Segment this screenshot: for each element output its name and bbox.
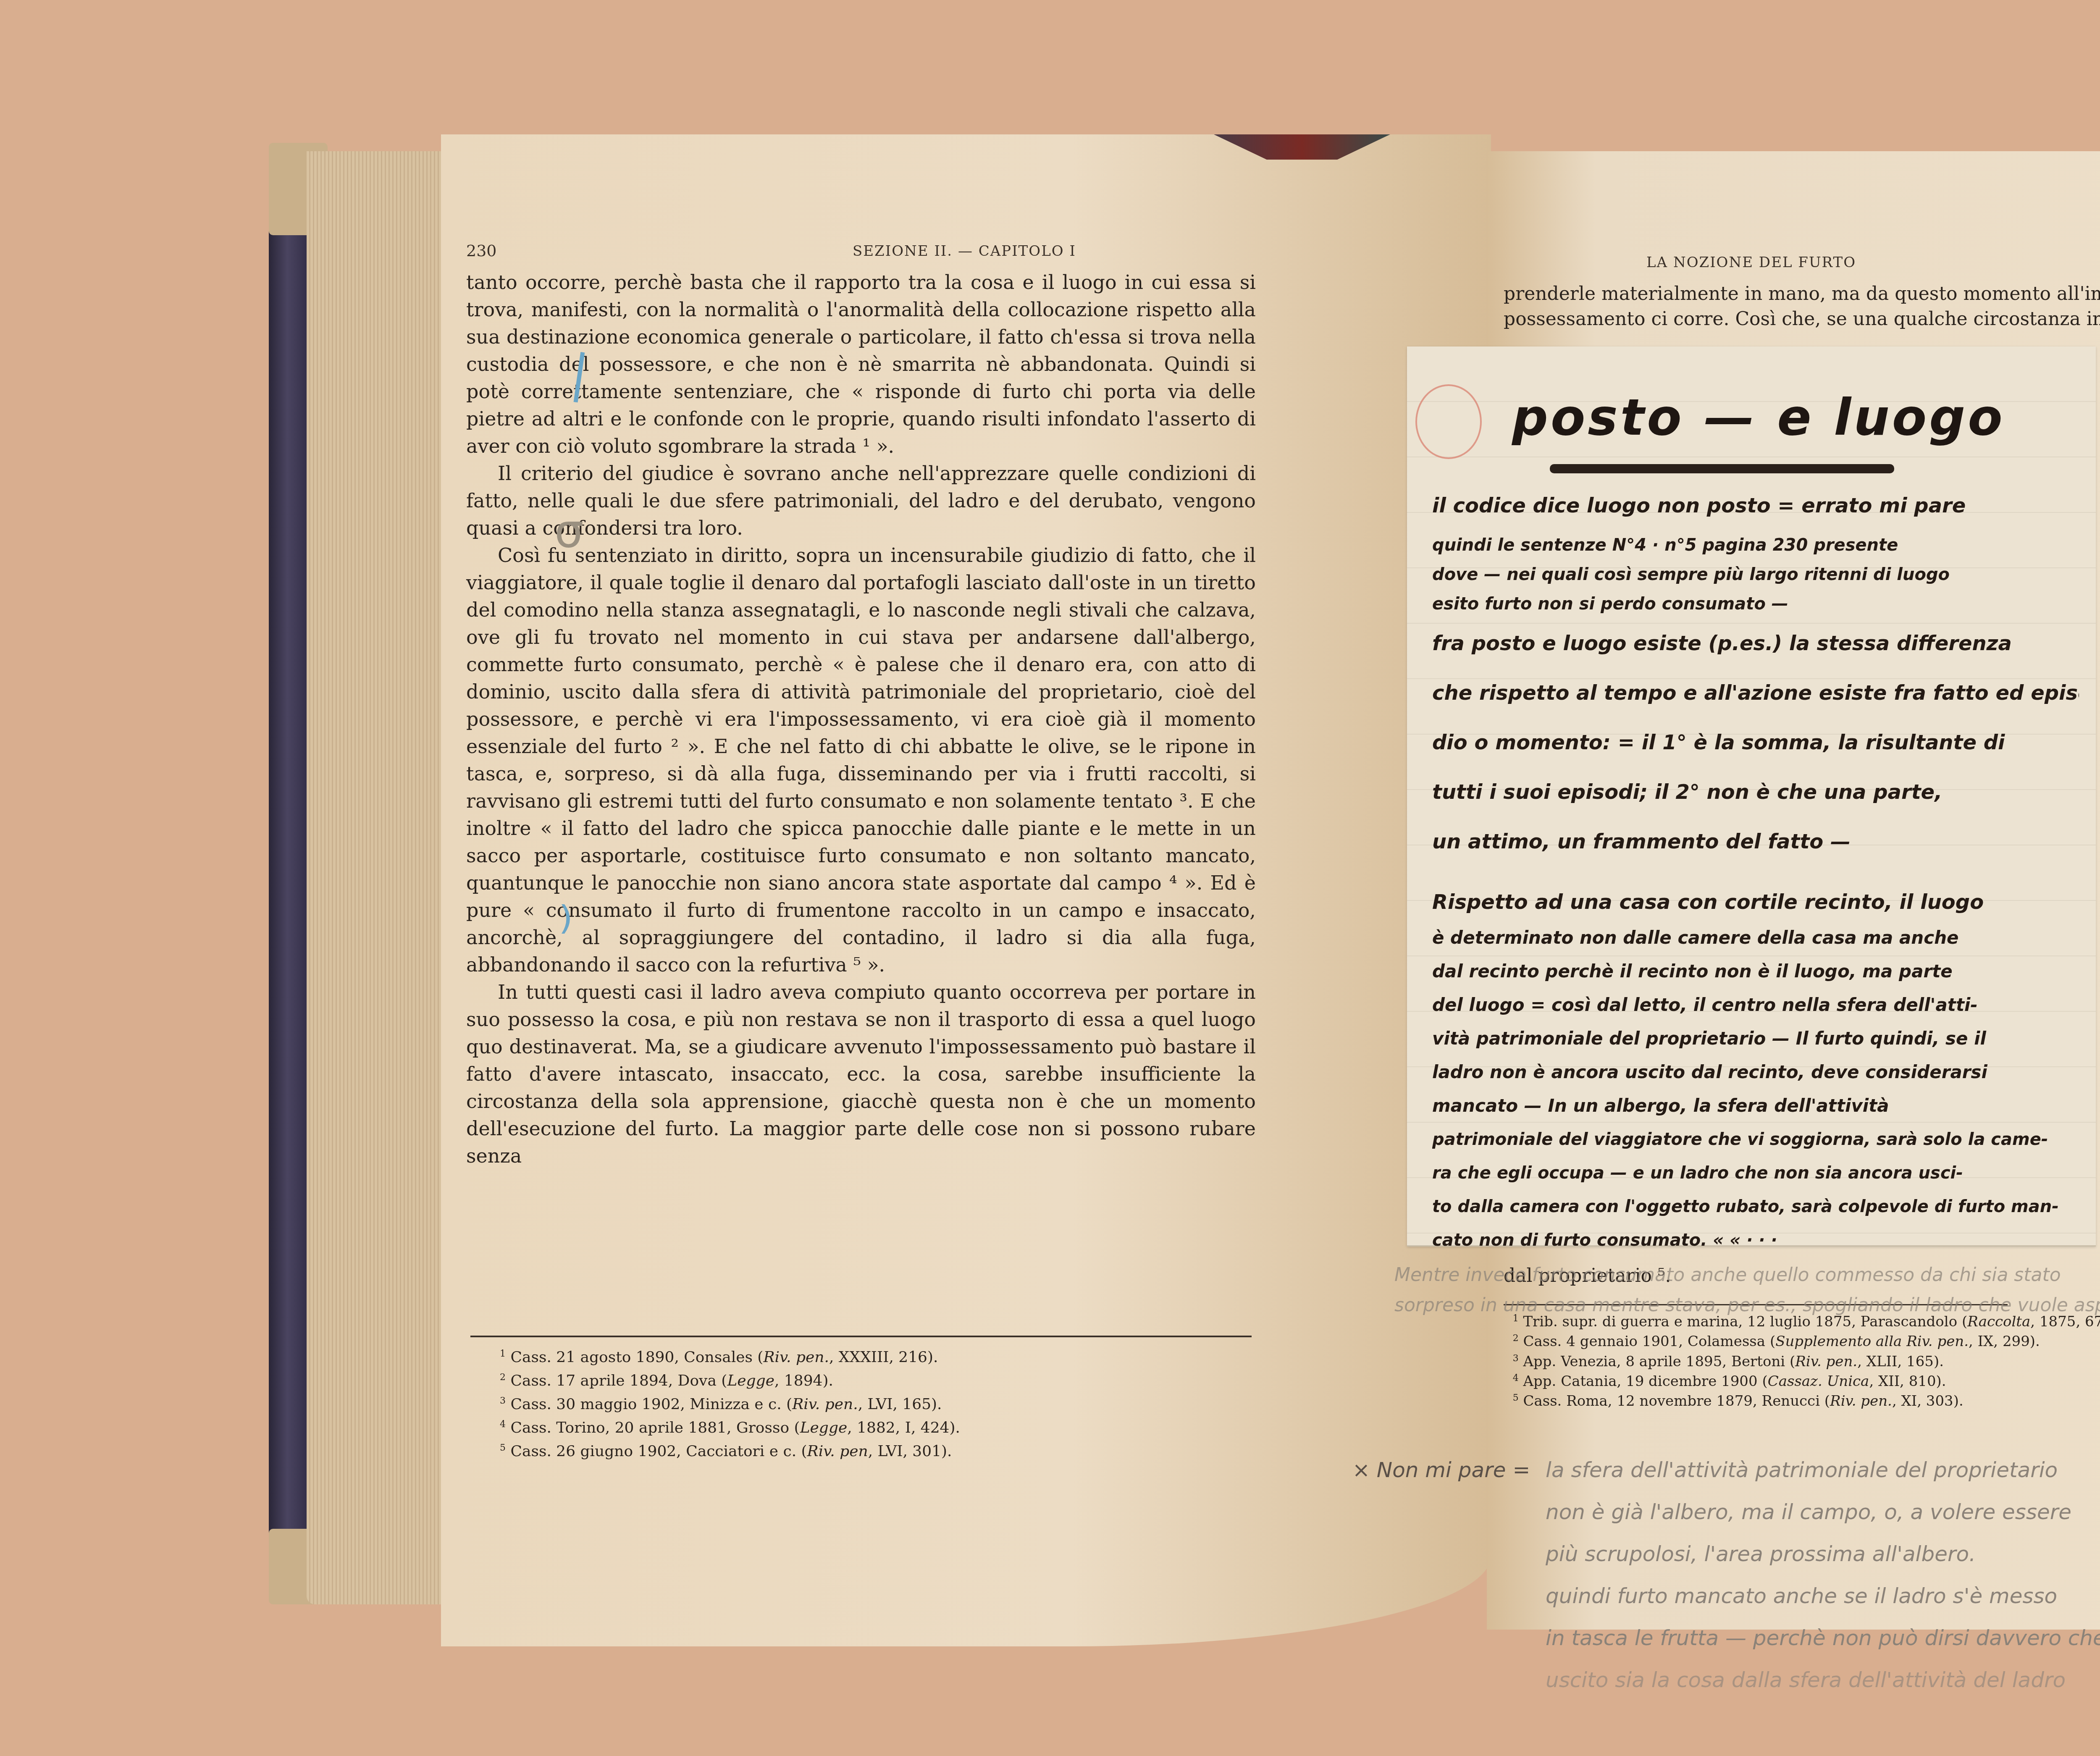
red-stamp-icon (1415, 384, 1482, 459)
manuscript-text: il codice dice luogo non posto = errato … (1432, 481, 2079, 1257)
manuscript-line: cato non di furto consumato. « « · · · (1432, 1223, 2079, 1257)
running-head: LA NOZIONE DEL FURTO (1646, 254, 1856, 271)
pencil-note-text: la sfera dell'attività patrimoniale del … (1546, 1449, 2100, 1701)
text-line: possessamento ci corre. Così che, se una… (1504, 307, 2100, 332)
pencil-line: quindi furto mancato anche se il ladro s… (1546, 1575, 2100, 1617)
pencil-line: in tasca le frutta — perchè non può dirs… (1546, 1617, 2100, 1659)
manuscript-line: il codice dice luogo non posto = errato … (1432, 481, 2079, 530)
footnote: 5 Cass. 26 giugno 1902, Cacciatori e c. … (500, 1438, 960, 1462)
running-head: SEZIONE II. — CAPITOLO I (853, 243, 1076, 260)
manuscript-line: fra posto e luogo esiste (p.es.) la stes… (1432, 619, 2079, 668)
footnote: 1 Cass. 21 agosto 1890, Consales (Riv. p… (500, 1344, 960, 1368)
manuscript-line: che rispetto al tempo e all'azione esist… (1432, 668, 2079, 718)
manuscript-line: to dalla camera con l'oggetto rubato, sa… (1432, 1190, 2079, 1223)
footnotes: 1 Cass. 21 agosto 1890, Consales (Riv. p… (500, 1344, 960, 1462)
footnote: 2 Cass. 4 gennaio 1901, Colamessa (Suppl… (1504, 1330, 2100, 1350)
footnotes: 1 Trib. supr. di guerra e marina, 12 lug… (1504, 1310, 2100, 1410)
pencil-line: più scrupolosi, l'area prossima all'albe… (1546, 1533, 2100, 1575)
manuscript-insert: posto — e luogo il codice dice luogo non… (1407, 346, 2096, 1247)
pencil-sigma-mark-icon: σ (554, 504, 584, 558)
manuscript-line: dio o momento: = il 1° è la somma, la ri… (1432, 718, 2079, 767)
manuscript-line: un attimo, un frammento del fatto — (1432, 817, 2079, 866)
manuscript-line: dal recinto perchè il recinto non è il l… (1432, 955, 2079, 988)
title-underline (1550, 464, 1894, 473)
blue-pencil-bracket-icon: ⁾ (559, 895, 573, 963)
body-text: tanto occorre, perchè basta che il rappo… (466, 269, 1256, 1170)
manuscript-line: esito furto non si perdo consumato — (1432, 589, 2079, 619)
body-text: prenderle materialmente in mano, ma da q… (1504, 281, 2100, 332)
manuscript-line: quindi le sentenze N°4 · n°5 pagina 230 … (1432, 530, 2079, 560)
footnote: 5 Cass. Roma, 12 novembre 1879, Renucci … (1504, 1390, 2100, 1410)
page-stack-left (307, 151, 445, 1604)
manuscript-line: ra che egli occupa — e un ladro che non … (1432, 1156, 2079, 1190)
manuscript-line: del luogo = così dal letto, il centro ne… (1432, 988, 2079, 1022)
footnote: 2 Cass. 17 aprile 1894, Dova (Legge, 189… (500, 1368, 960, 1391)
paragraph: Il criterio del giudice è sovrano anche … (466, 460, 1256, 542)
pencil-line: sorpreso in una casa mentre stava, per e… (1394, 1290, 2100, 1320)
manuscript-line: vità patrimoniale del proprietario — Il … (1432, 1022, 2079, 1055)
manuscript-line: patrimoniale del viaggiatore che vi sogg… (1432, 1123, 2079, 1156)
footnote-rule (470, 1336, 1252, 1337)
manuscript-line: Rispetto ad una casa con cortile recinto… (1432, 883, 2079, 921)
manuscript-line: tutti i suoi episodi; il 2° non è che un… (1432, 767, 2079, 817)
footnote: 3 Cass. 30 maggio 1902, Minizza e c. (Ri… (500, 1391, 960, 1415)
pencil-note-label: × Non mi pare = (1352, 1449, 1530, 1491)
manuscript-line: mancato — In un albergo, la sfera dell'a… (1432, 1089, 2079, 1123)
paragraph: In tutti questi casi il ladro aveva comp… (466, 979, 1256, 1170)
text-line: prenderle materialmente in mano, ma da q… (1504, 281, 2100, 307)
footnote: 4 Cass. Torino, 20 aprile 1881, Grosso (… (500, 1415, 960, 1438)
paragraph: Così fu sentenziato in diritto, sopra un… (466, 542, 1256, 979)
left-page: 230 SEZIONE II. — CAPITOLO I tanto occor… (441, 134, 1491, 1646)
manuscript-line: è determinato non dalle camere della cas… (1432, 921, 2079, 955)
manuscript-line: ladro non è ancora uscito dal recinto, d… (1432, 1055, 2079, 1089)
pencil-note-under-insert: Mentre invece furto consumato anche quel… (1394, 1260, 2100, 1320)
footnote: 4 App. Catania, 19 dicembre 1900 (Cassaz… (1504, 1370, 2100, 1390)
footnote: 3 App. Venezia, 8 aprile 1895, Bertoni (… (1504, 1350, 2100, 1370)
page-number: 230 (466, 241, 497, 260)
pencil-line: la sfera dell'attività patrimoniale del … (1546, 1449, 2100, 1491)
pencil-line: Mentre invece furto consumato anche quel… (1394, 1260, 2100, 1290)
pencil-line: non è già l'albero, ma il campo, o, a vo… (1546, 1491, 2100, 1533)
pencil-line: uscito sia la cosa dalla sfera dell'atti… (1546, 1659, 2100, 1701)
manuscript-line: dove — nei quali così sempre più largo r… (1432, 560, 2079, 589)
manuscript-title: posto — e luogo (1512, 388, 2005, 447)
